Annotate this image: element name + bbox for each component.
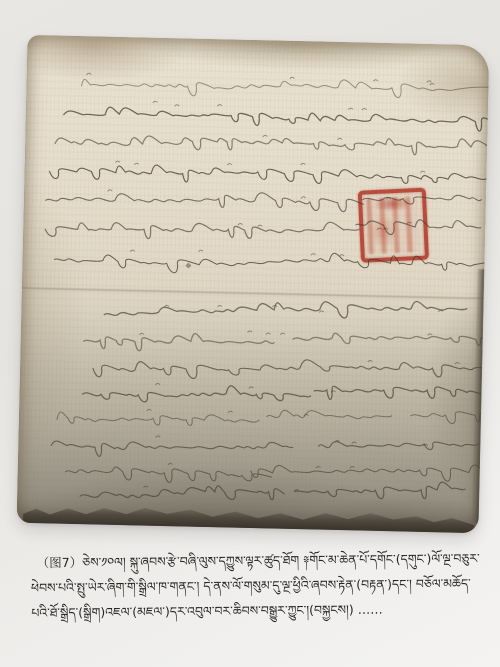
- handwriting-line: [54, 247, 489, 280]
- vowel-mark-stroke: [130, 250, 135, 252]
- vowel-mark-stroke: [337, 138, 342, 140]
- vowel-mark-stroke: [301, 163, 306, 165]
- handwriting-lines: [17, 35, 490, 533]
- vowel-mark-stroke: [164, 305, 169, 307]
- vowel-mark-stroke: [217, 305, 222, 307]
- handwriting-line: [64, 106, 490, 131]
- section-diamond-mark: [185, 262, 191, 268]
- vowel-mark-stroke: [168, 463, 173, 465]
- handwriting-line: [45, 211, 481, 246]
- vowel-mark-stroke: [139, 333, 144, 335]
- vowel-mark-stroke: [386, 198, 391, 200]
- manuscript-photo: [0, 0, 500, 545]
- handwriting-line: [57, 403, 489, 433]
- handwriting-line: [80, 474, 465, 506]
- caption-line: ཕེབས་པའི་སྤུ་ཡེར་ཞིག་གི་སྒྲིལ་ཁ་གནང་། དེ…: [31, 571, 475, 601]
- vowel-mark-stroke: [227, 164, 232, 166]
- vowel-mark-stroke: [199, 250, 204, 252]
- vowel-mark-stroke: [238, 223, 243, 225]
- vowel-mark-stroke: [155, 383, 160, 385]
- handwriting-line: [49, 163, 489, 191]
- vowel-mark-stroke: [247, 331, 252, 333]
- caption: （图7）ཅེས་༡༠ལ། སྐུ་ཞབས་རྩེ་བཞི་ལུས་དཀྱུས་ལ…: [31, 546, 476, 626]
- vowel-mark-stroke: [348, 108, 353, 110]
- vowel-mark-stroke: [280, 333, 285, 335]
- vowel-mark-stroke: [373, 80, 378, 82]
- manuscript-paper: [17, 35, 490, 533]
- handwriting-line: [93, 353, 490, 387]
- vowel-mark-stroke: [301, 197, 306, 199]
- vowel-mark-stroke: [311, 254, 316, 256]
- vowel-mark-stroke: [249, 387, 254, 389]
- vowel-mark-stroke: [266, 333, 271, 335]
- vowel-mark-stroke: [304, 414, 309, 416]
- vowel-mark-stroke: [430, 83, 435, 85]
- vowel-mark-stroke: [407, 222, 412, 224]
- vowel-mark-stroke: [156, 436, 161, 438]
- handwriting-line: [81, 74, 489, 103]
- vowel-mark-stroke: [350, 467, 355, 469]
- vowel-mark-stroke: [362, 108, 367, 110]
- book-page: （图7）ཅེས་༡༠ལ། སྐུ་ཞབས་རྩེ་བཞི་ལུས་དཀྱུས་ལ…: [0, 0, 500, 667]
- vowel-mark-stroke: [263, 135, 268, 137]
- vowel-mark-stroke: [438, 310, 443, 312]
- caption-line: པའི་ཐོ་སྒྲིད་(སྒྲིག)འཇལ་(མཇལ་)དར་འབུལ་བར…: [31, 596, 475, 626]
- vowel-mark-stroke: [228, 411, 233, 413]
- vowel-mark-stroke: [377, 228, 382, 230]
- vowel-mark-stroke: [217, 105, 222, 107]
- vowel-mark-stroke: [331, 391, 336, 393]
- handwriting-line: [55, 130, 489, 157]
- vowel-mark-stroke: [427, 81, 432, 83]
- handwriting-line: [104, 294, 467, 323]
- vowel-mark-stroke: [340, 255, 345, 257]
- vowel-mark-stroke: [316, 466, 321, 468]
- vowel-mark-stroke: [368, 360, 373, 362]
- vowel-mark-stroke: [175, 105, 180, 107]
- vowel-mark-stroke: [87, 73, 92, 75]
- vowel-mark-stroke: [319, 311, 324, 313]
- handwriting-line: [66, 456, 487, 490]
- vowel-mark-stroke: [352, 442, 357, 444]
- vowel-mark-stroke: [144, 486, 149, 488]
- handwriting-line: [82, 379, 489, 410]
- vowel-mark-stroke: [115, 161, 120, 163]
- vowel-mark-stroke: [258, 225, 263, 227]
- handwriting-line: [83, 327, 489, 358]
- vowel-mark-stroke: [134, 163, 139, 165]
- vowel-mark-stroke: [420, 171, 425, 173]
- vowel-mark-stroke: [147, 409, 152, 411]
- vowel-mark-stroke: [153, 101, 158, 103]
- vowel-mark-stroke: [428, 334, 433, 336]
- vowel-mark-stroke: [290, 77, 295, 79]
- vowel-mark-stroke: [108, 190, 113, 192]
- vowel-mark-stroke: [455, 362, 460, 364]
- handwriting-line: [51, 433, 479, 465]
